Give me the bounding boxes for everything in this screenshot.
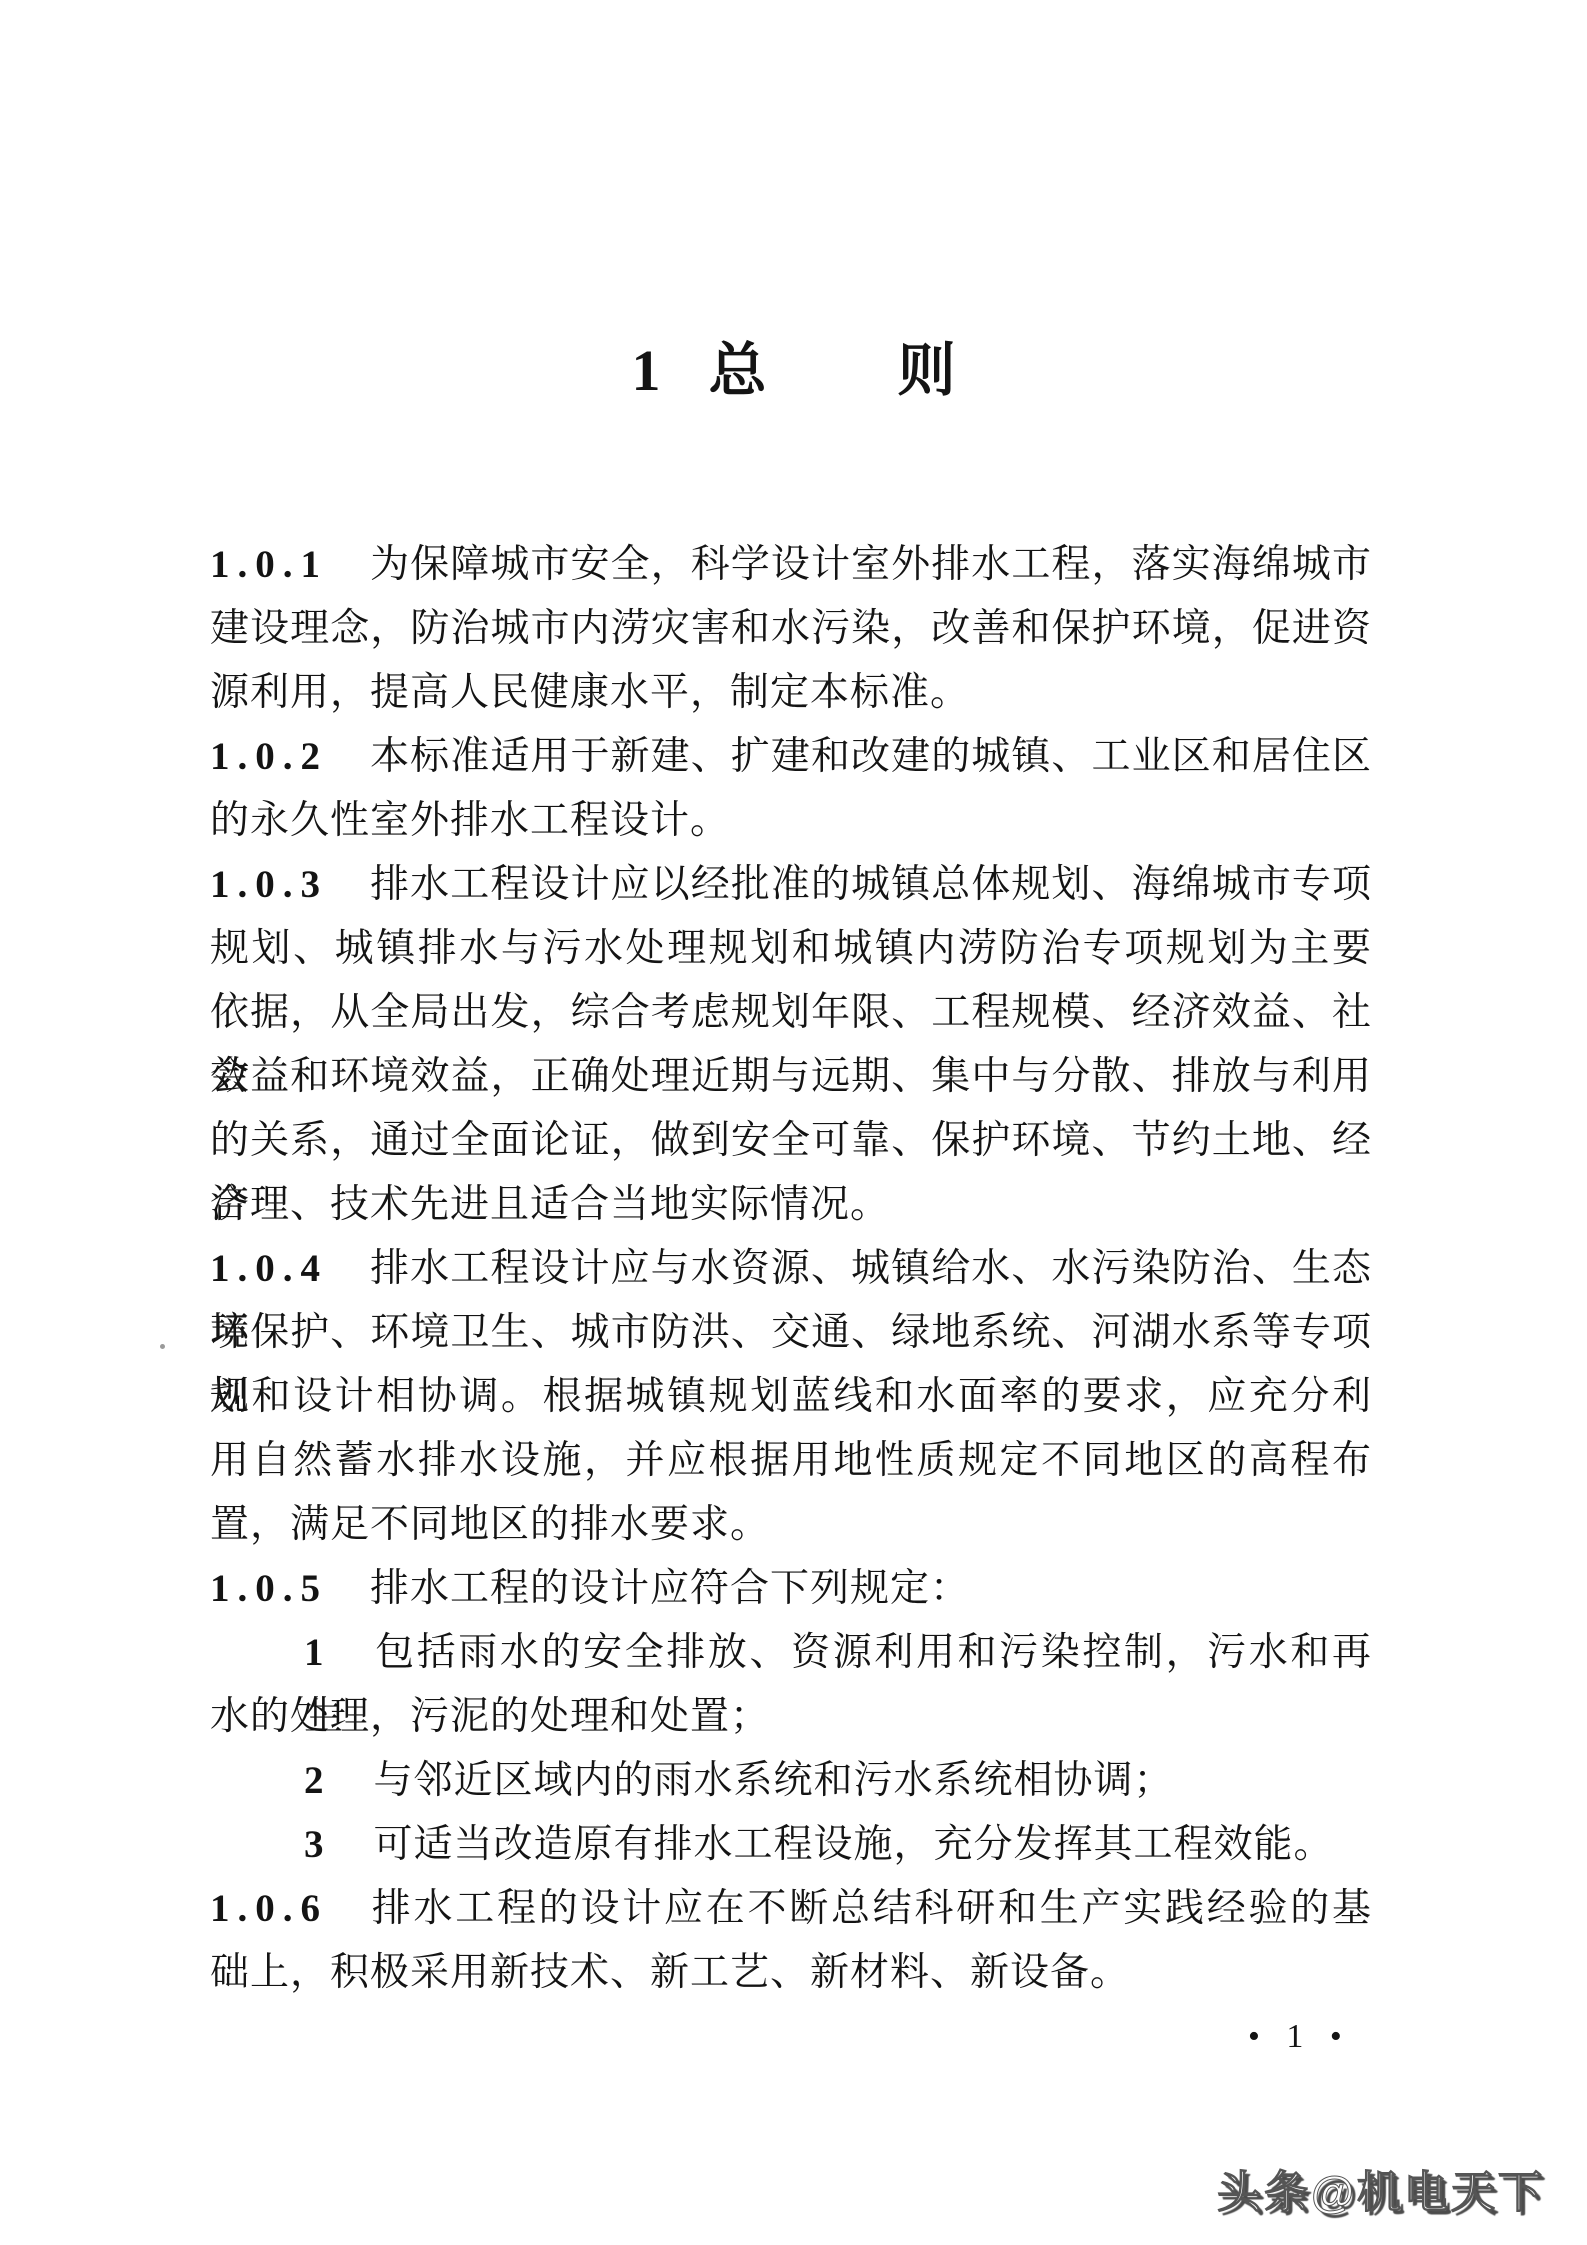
text-line: 依据，从全局出发，综合考虑规划年限、工程规模、经济效益、社会 (210, 981, 1372, 1045)
clause-line: 1.0.6排水工程的设计应在不断总结科研和生产实践经验的基 (210, 1877, 1372, 1941)
line-text: 效益和环境效益，正确处理近期与远期、集中与分散、排放与利用 (210, 1055, 1372, 1098)
text-line: 置，满足不同地区的排水要求。 (210, 1493, 1372, 1557)
clause-line: 1.0.4排水工程设计应与水资源、城镇给水、水污染防治、生态环 (210, 1237, 1372, 1301)
text-line: 源利用，提高人民健康水平，制定本标准。 (210, 661, 1372, 725)
clause-number: 3 (304, 1823, 332, 1866)
line-text: 排水工程的设计应在不断总结科研和生产实践经验的基 (370, 1887, 1372, 1930)
text-line: 建设理念，防治城市内涝灾害和水污染，改善和保护环境，促进资 (210, 597, 1372, 661)
text-line: 用自然蓄水排水设施，并应根据用地性质规定不同地区的高程布 (210, 1429, 1372, 1493)
text-line: 境保护、环境卫生、城市防洪、交通、绿地系统、河湖水系等专项规 (210, 1301, 1372, 1365)
line-text: 础上，积极采用新技术、新工艺、新材料、新设备。 (210, 1951, 1130, 1994)
document-page: 1总则 1.0.1为保障城市安全，科学设计室外排水工程，落实海绵城市建设理念，防… (0, 0, 1587, 2245)
text-line: 划和设计相协调。根据城镇规划蓝线和水面率的要求，应充分利 (210, 1365, 1372, 1429)
body-lines: 1.0.1为保障城市安全，科学设计室外排水工程，落实海绵城市建设理念，防治城市内… (210, 533, 1372, 2005)
line-text: 合理、技术先进且适合当地实际情况。 (210, 1183, 890, 1226)
line-text: 与邻近区域内的雨水系统和污水系统相协调； (374, 1759, 1174, 1802)
clause-line: 1包括雨水的安全排放、资源利用和污染控制，污水和再生 (210, 1621, 1372, 1685)
line-text: 规划、城镇排水与污水处理规划和城镇内涝防治专项规划为主要 (210, 927, 1372, 970)
line-text: 置，满足不同地区的排水要求。 (210, 1503, 770, 1546)
line-text: 排水工程的设计应符合下列规定： (370, 1567, 970, 1610)
clause-number: 1.0.3 (210, 863, 328, 906)
chapter-title-char-2: 则 (898, 338, 956, 403)
clause-line: 1.0.5排水工程的设计应符合下列规定： (210, 1557, 1372, 1621)
clause-number: 2 (304, 1759, 332, 1802)
clause-line: 1.0.3排水工程设计应以经批准的城镇总体规划、海绵城市专项 (210, 853, 1372, 917)
line-text: 排水工程设计应以经批准的城镇总体规划、海绵城市专项 (370, 863, 1372, 906)
clause-line: 3可适当改造原有排水工程设施，充分发挥其工程效能。 (210, 1813, 1372, 1877)
watermark-text: 头条@机电天下 (1217, 2156, 1545, 2220)
line-text: 划和设计相协调。根据城镇规划蓝线和水面率的要求，应充分利 (210, 1375, 1372, 1418)
line-text: 源利用，提高人民健康水平，制定本标准。 (210, 671, 970, 714)
line-text: 可适当改造原有排水工程设施，充分发挥其工程效能。 (374, 1823, 1334, 1866)
line-text: 水的处理，污泥的处理和处置； (210, 1695, 770, 1738)
text-line: 合理、技术先进且适合当地实际情况。 (210, 1173, 1372, 1237)
line-text: 用自然蓄水排水设施，并应根据用地性质规定不同地区的高程布 (210, 1439, 1372, 1482)
text-line: 效益和环境效益，正确处理近期与远期、集中与分散、排放与利用 (210, 1045, 1372, 1109)
text-line: 础上，积极采用新技术、新工艺、新材料、新设备。 (210, 1941, 1372, 2005)
chapter-title-char-1: 总 (708, 338, 766, 403)
text-line: 的关系，通过全面论证，做到安全可靠、保护环境、节约土地、经济 (210, 1109, 1372, 1173)
chapter-title: 1总则 (0, 336, 1587, 406)
clause-number: 1.0.1 (210, 543, 328, 586)
line-text: 本标准适用于新建、扩建和改建的城镇、工业区和居住区 (370, 735, 1372, 778)
clause-number: 1.0.2 (210, 735, 328, 778)
line-text: 建设理念，防治城市内涝灾害和水污染，改善和保护环境，促进资 (210, 607, 1372, 650)
clause-number: 1 (304, 1631, 332, 1674)
line-text: 的永久性室外排水工程设计。 (210, 799, 730, 842)
clause-line: 2与邻近区域内的雨水系统和污水系统相协调； (210, 1749, 1372, 1813)
clause-line: 1.0.2本标准适用于新建、扩建和改建的城镇、工业区和居住区 (210, 725, 1372, 789)
clause-number: 1.0.4 (210, 1247, 328, 1290)
scan-speck-artifact (160, 1344, 165, 1349)
text-line: 水的处理，污泥的处理和处置； (210, 1685, 1372, 1749)
clause-line: 1.0.1为保障城市安全，科学设计室外排水工程，落实海绵城市 (210, 533, 1372, 597)
clause-number: 1.0.6 (210, 1887, 328, 1930)
clause-number: 1.0.5 (210, 1567, 328, 1610)
line-text: 为保障城市安全，科学设计室外排水工程，落实海绵城市 (370, 543, 1372, 586)
text-line: 规划、城镇排水与污水处理规划和城镇内涝防治专项规划为主要 (210, 917, 1372, 981)
text-line: 的永久性室外排水工程设计。 (210, 789, 1372, 853)
chapter-number: 1 (631, 338, 660, 403)
page-number: • 1 • (1248, 2018, 1351, 2056)
